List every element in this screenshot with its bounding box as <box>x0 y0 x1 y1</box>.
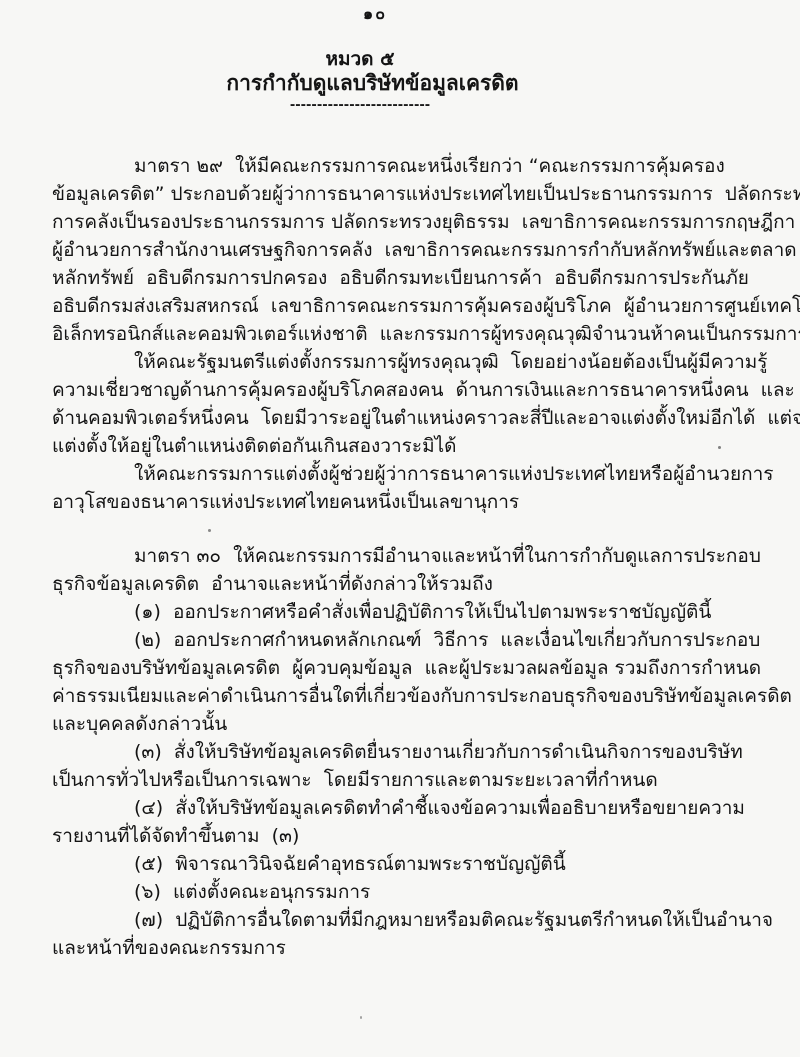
page-number: ๑๐ <box>0 2 750 27</box>
divider-dashes: -------------------------- <box>0 98 720 113</box>
text-line: ผู้อำนวยการสำนักงานเศรษฐกิจการคลัง เลขาธ… <box>52 236 752 264</box>
text-line: ข้อมูลเครดิต” ประกอบด้วยผู้ว่าการธนาคารแ… <box>52 180 752 208</box>
text-line: อาวุโสของธนาคารแห่งประเทศไทยคนหนึ่งเป็นเ… <box>52 488 752 516</box>
text-line: ธุรกิจข้อมูลเครดิต อำนาจและหน้าที่ดังกล่… <box>52 570 752 598</box>
text-line: ธุรกิจของบริษัทข้อมูลเครดิต ผู้ควบคุมข้อ… <box>52 654 752 682</box>
text-line: (๕) พิจารณาวินิจฉัยคำอุทธรณ์ตามพระราชบัญ… <box>52 850 752 878</box>
text-line: ให้คณะกรรมการแต่งตั้งผู้ช่วยผู้ว่าการธนา… <box>52 460 752 488</box>
text-line: อธิบดีกรมส่งเสริมสหกรณ์ เลขาธิการคณะกรรม… <box>52 292 752 320</box>
text-line: การคลังเป็นรองประธานกรรมการ ปลัดกระทรวงย… <box>52 208 752 236</box>
text-line: (๔) สั่งให้บริษัทข้อมูลเครดิตทำคำชี้แจงข… <box>52 794 752 822</box>
text-line: ให้คณะรัฐมนตรีแต่งตั้งกรรมการผู้ทรงคุณวุ… <box>52 348 752 376</box>
scan-speck <box>718 446 721 449</box>
text-line: (๒) ออกประกาศกำหนดหลักเกณฑ์ วิธีการ และเ… <box>52 626 752 654</box>
text-line: (๓) สั่งให้บริษัทข้อมูลเครดิตยื่นรายงานเ… <box>52 738 752 766</box>
text-line: (๖) แต่งตั้งคณะอนุกรรมการ <box>52 878 752 906</box>
text-line: ด้านคอมพิวเตอร์หนึ่งคน โดยมีวาระอยู่ในตำ… <box>52 404 752 432</box>
chapter-title: การกำกับดูแลบริษัทข้อมูลเครดิต <box>0 67 745 100</box>
text-line: และบุคคลดังกล่าวนั้น <box>52 710 752 738</box>
text-line: อิเล็กทรอนิกส์และคอมพิวเตอร์แห่งชาติ และ… <box>52 320 752 348</box>
text-line: มาตรา ๓๐ ให้คณะกรรมการมีอำนาจและหน้าที่ใ… <box>52 542 752 570</box>
text-line: รายงานที่ได้จัดทำขึ้นตาม (๓) <box>52 822 752 850</box>
text-line: และหน้าที่ของคณะกรรมการ <box>52 934 752 962</box>
text-line: (๗) ปฏิบัติการอื่นใดตามที่มีกฎหมายหรือมต… <box>52 906 752 934</box>
text-line: หลักทรัพย์ อธิบดีกรมการปกครอง อธิบดีกรมท… <box>52 264 752 292</box>
text-line: มาตรา ๒๙ ให้มีคณะกรรมการคณะหนึ่งเรียกว่า… <box>52 152 752 180</box>
text-line: เป็นการทั่วไปหรือเป็นการเฉพาะ โดยมีรายกา… <box>52 766 752 794</box>
text-line: แต่งตั้งให้อยู่ในตำแหน่งติดต่อกันเกินสอง… <box>52 432 752 460</box>
scan-speck <box>360 1016 362 1019</box>
text-line: ความเชี่ยวชาญด้านการคุ้มครองผู้บริโภคสอง… <box>52 376 752 404</box>
document-page: ๑๐ หมวด ๕ การกำกับดูแลบริษัทข้อมูลเครดิต… <box>0 0 800 1057</box>
text-line: (๑) ออกประกาศหรือคำสั่งเพื่อปฏิบัติการให… <box>52 598 752 626</box>
body-lines: มาตรา ๒๙ ให้มีคณะกรรมการคณะหนึ่งเรียกว่า… <box>52 152 752 962</box>
text-line: ค่าธรรมเนียมและค่าดำเนินการอื่นใดที่เกี่… <box>52 682 752 710</box>
scan-speck <box>208 529 211 532</box>
